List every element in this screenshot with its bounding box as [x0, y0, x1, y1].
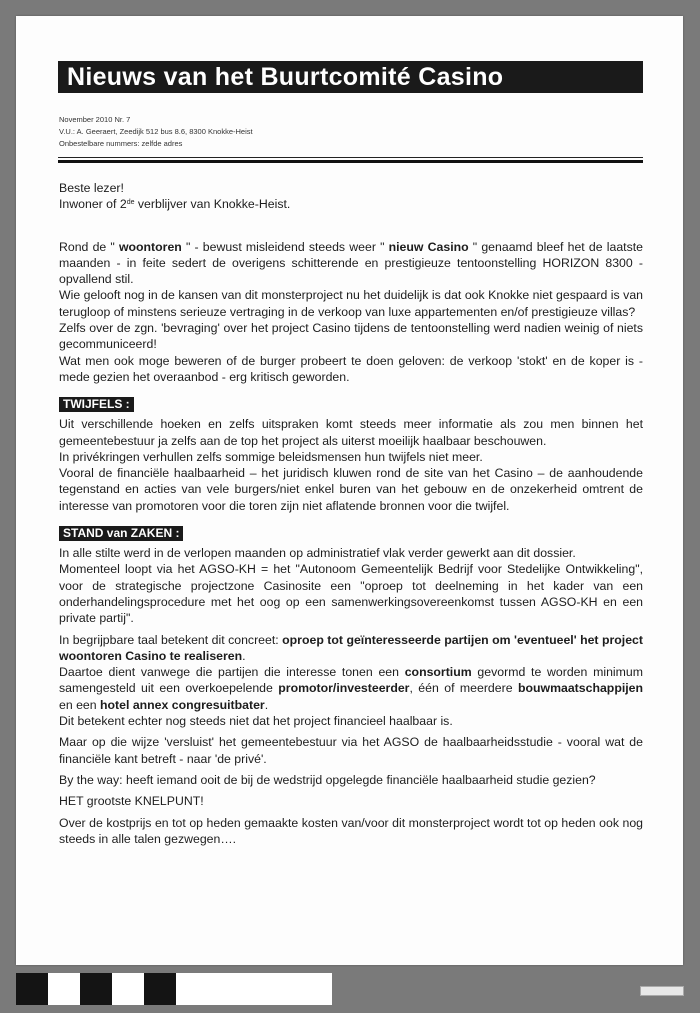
stand-paragraph-9: Over de kostprijs en tot op heden gemaak…: [59, 815, 643, 848]
masthead-meta: November 2010 Nr. 7 V.U.: A. Geeraert, Z…: [59, 114, 253, 150]
divider-thin: [58, 157, 643, 158]
scan-color-bar: [16, 973, 332, 1005]
document-page: Nieuws van het Buurtcomité Casino Novemb…: [16, 16, 683, 965]
article-body: Beste lezer! Inwoner of 2de verblijver v…: [59, 180, 643, 847]
stand-paragraph-1: In alle stilte werd in de verlopen maand…: [59, 545, 643, 561]
newsletter-title: Nieuws van het Buurtcomité Casino: [58, 61, 643, 93]
section-heading-twijfels: TWIJFELS :: [59, 397, 134, 412]
return-address-line: Onbestelbare nummers: zelfde adres: [59, 138, 253, 150]
edition-line: November 2010 Nr. 7: [59, 114, 253, 126]
twijfels-paragraph-2: In privékringen verhullen zelfs sommige …: [59, 449, 643, 465]
intro-paragraph-2: Wie gelooft nog in de kansen van dit mon…: [59, 287, 643, 320]
stand-paragraph-3: In begrijpbare taal betekent dit concree…: [59, 632, 643, 665]
stand-paragraph-4: Daartoe dient vanwege die partijen die i…: [59, 664, 643, 713]
stand-paragraph-5: Dit betekent echter nog steeds niet dat …: [59, 713, 643, 729]
scan-bar-black-3: [144, 973, 176, 1005]
scan-bar-white-2: [112, 973, 144, 1005]
scan-bar-white-1: [48, 973, 80, 1005]
greeting-line-2: Inwoner of 2de verblijver van Knokke-Hei…: [59, 196, 643, 212]
section-heading-stand-van-zaken: STAND van ZAKEN :: [59, 526, 183, 541]
divider-thick: [58, 160, 643, 163]
publisher-line: V.U.: A. Geeraert, Zeedijk 512 bus 8.6, …: [59, 126, 253, 138]
intro-paragraph-4: Wat men ook moge beweren of de burger pr…: [59, 353, 643, 386]
intro-paragraph-3: Zelfs over de zgn. 'bevraging' over het …: [59, 320, 643, 353]
twijfels-paragraph-1: Uit verschillende hoeken en zelfs uitspr…: [59, 416, 643, 449]
scan-bar-black-2: [80, 973, 112, 1005]
twijfels-paragraph-3: Vooral de financiële haalbaarheid – het …: [59, 465, 643, 514]
stand-paragraph-7: By the way: heeft iemand ooit de bij de …: [59, 772, 643, 788]
stand-paragraph-6: Maar op die wijze 'versluist' het gemeen…: [59, 734, 643, 767]
archive-label-tag: [640, 986, 684, 996]
stand-paragraph-2: Momenteel loopt via het AGSO-KH = het "A…: [59, 561, 643, 626]
greeting-line: Beste lezer!: [59, 180, 643, 196]
intro-paragraph-1: Rond de " woontoren " - bewust misleiden…: [59, 239, 643, 288]
scan-bar-white-long: [176, 973, 332, 1005]
scan-bar-black-1: [16, 973, 48, 1005]
stand-paragraph-8: HET grootste KNELPUNT!: [59, 793, 643, 809]
